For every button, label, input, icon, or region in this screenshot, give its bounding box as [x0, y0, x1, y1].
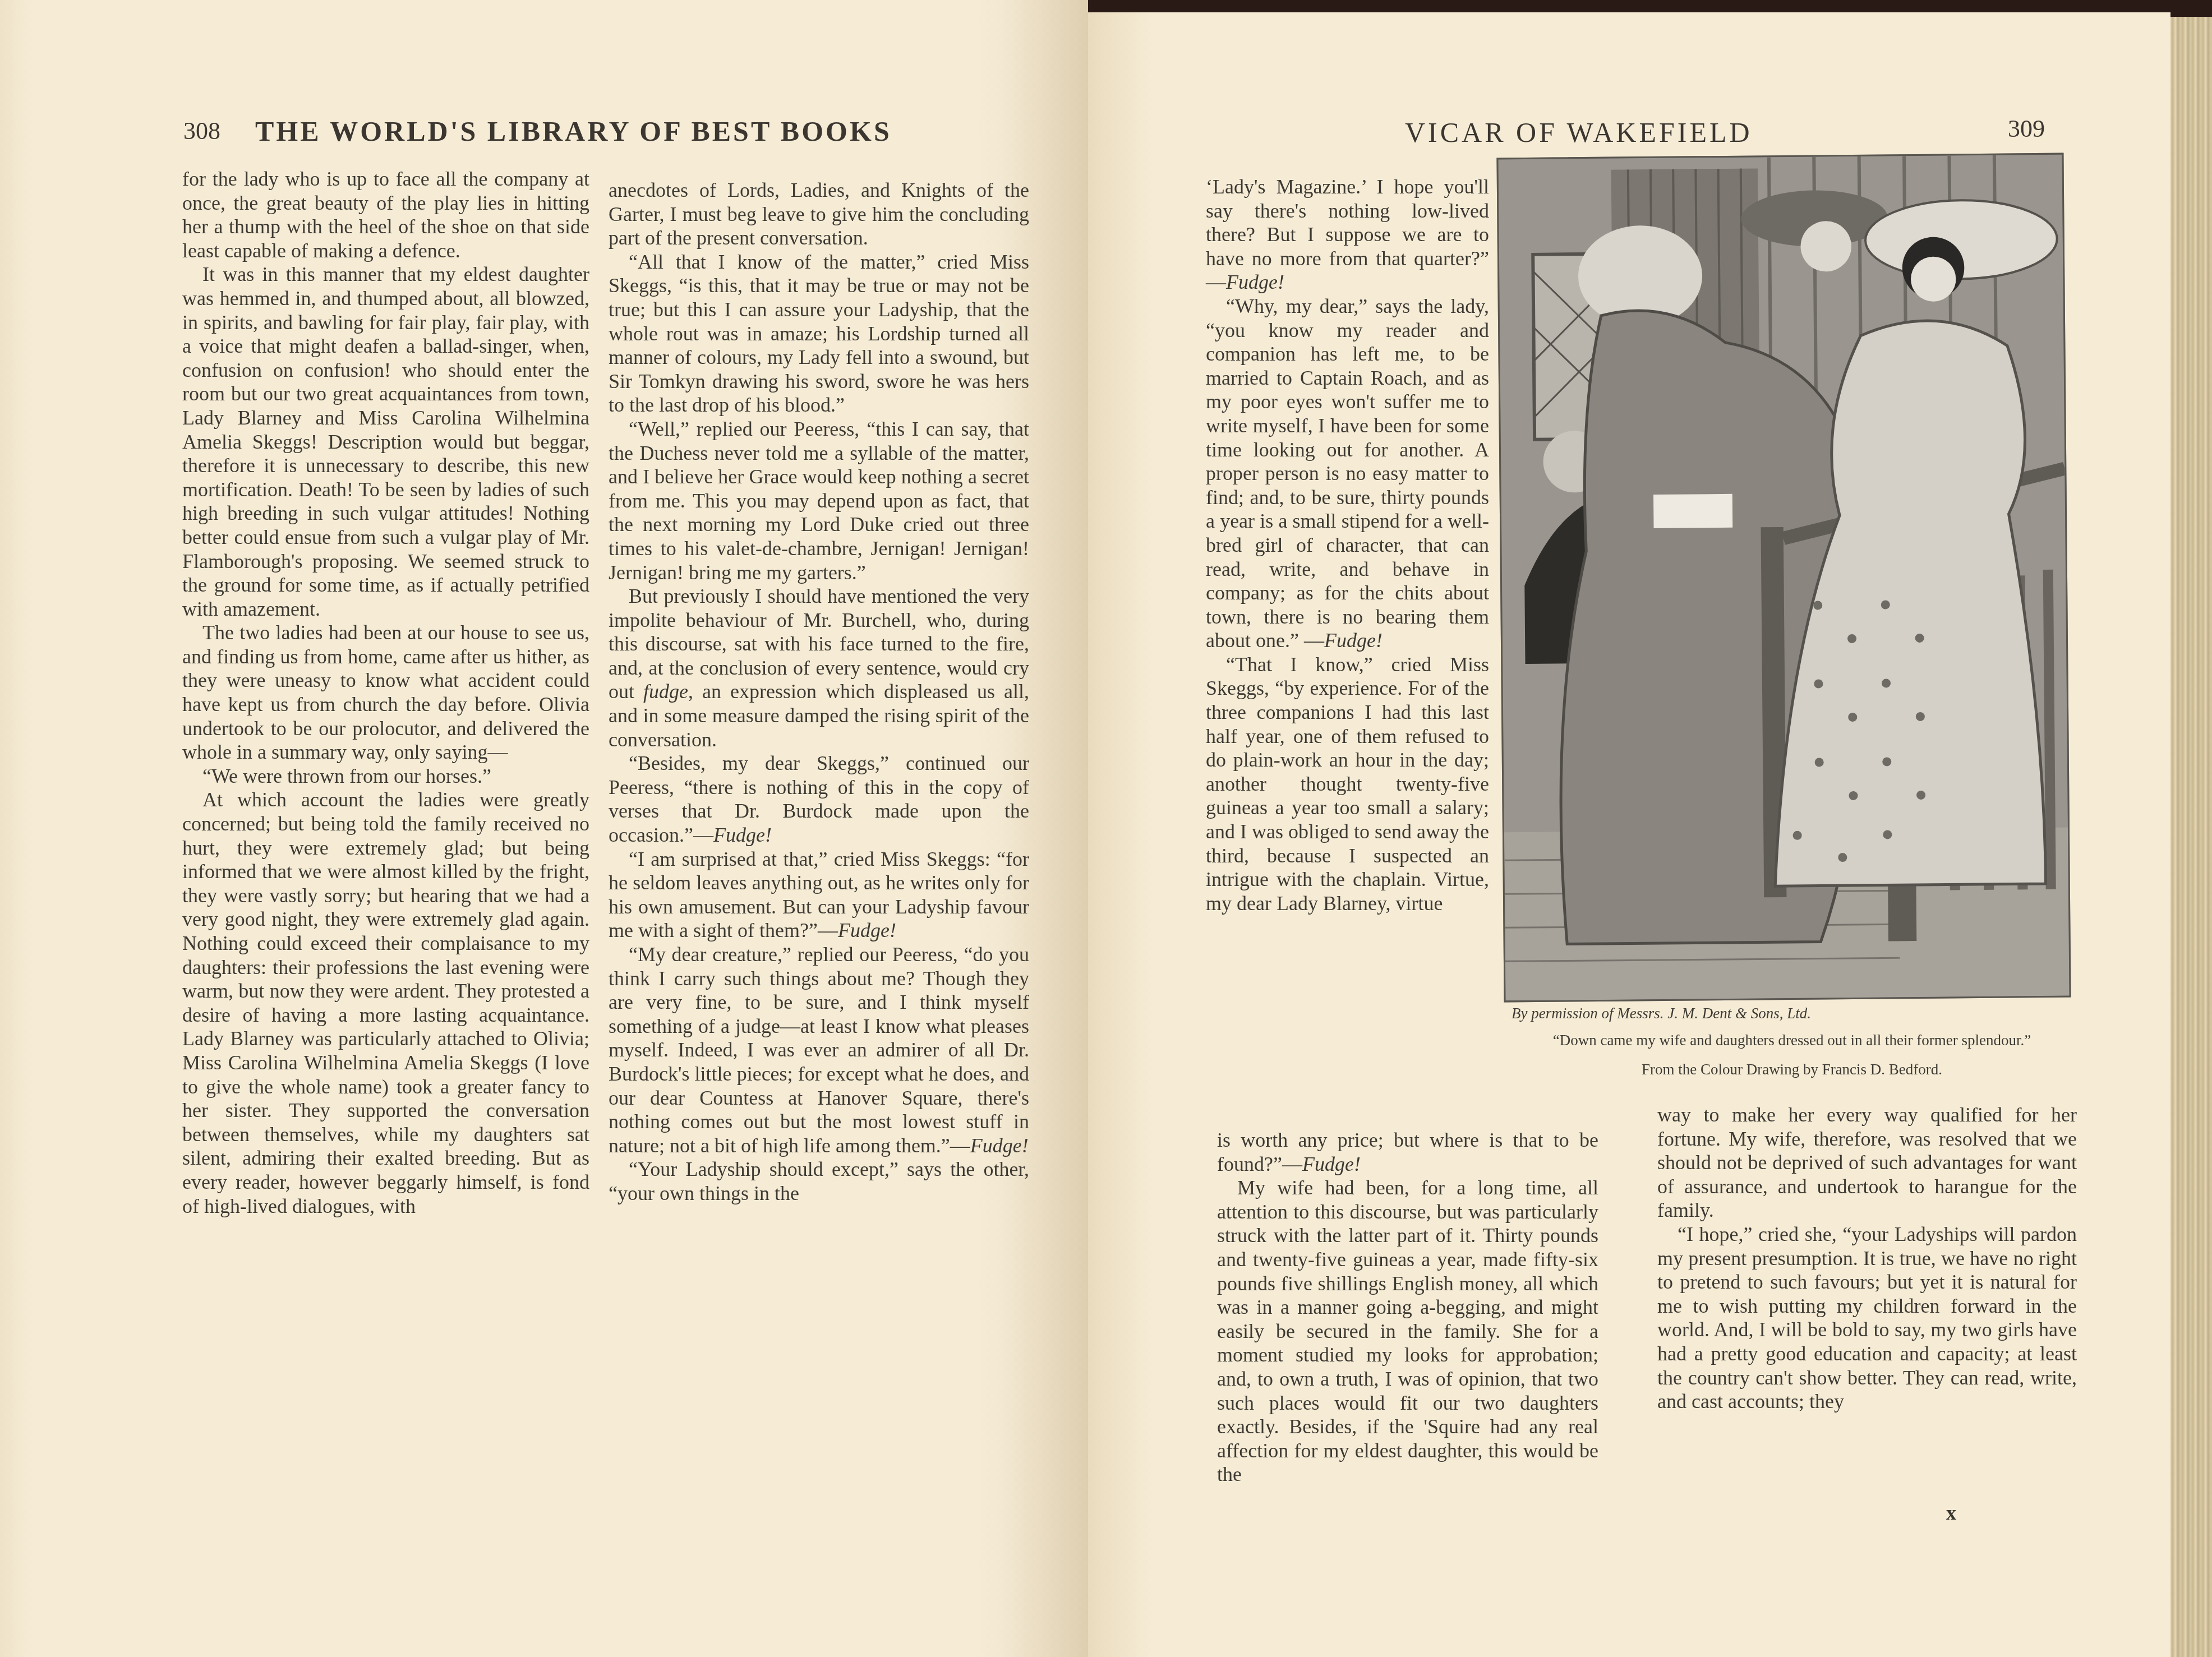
illustration-plate [1496, 153, 2071, 1003]
text-run: “My dear creature,” replied our Peeress,… [609, 943, 1029, 1157]
paragraph: It was in this manner that my eldest dau… [182, 262, 589, 621]
paragraph: “Why, my dear,” says the lady, “you know… [1206, 294, 1489, 653]
paragraph: for the lady who is up to face all the c… [182, 167, 589, 262]
illustration-drawing [1498, 155, 2069, 1001]
paragraph: ‘Lady's Magazine.’ I hope you'll say the… [1206, 175, 1489, 294]
illustration-credit: By permission of Messrs. J. M. Dent & So… [1511, 1005, 2072, 1022]
text-column-lower-left: is worth any price; but where is that to… [1217, 1128, 1598, 1487]
paragraph: “All that I know of the matter,” cried M… [609, 250, 1029, 417]
text-column-2: anecdotes of Lords, Ladies, and Knights … [609, 178, 1029, 1206]
text-column-beside-illustration: ‘Lady's Magazine.’ I hope you'll say the… [1206, 175, 1489, 915]
italic-text: Fudge! [1226, 271, 1284, 293]
illustration-caption: “Down came my wife and daughters dressed… [1511, 1032, 2072, 1049]
paragraph: “We were thrown from our horses.” [182, 764, 589, 788]
paragraph: way to make her every way qualified for … [1657, 1103, 2077, 1222]
paragraph: At which account the ladies were greatly… [182, 788, 589, 1218]
text-column-1: for the lady who is up to face all the c… [182, 167, 589, 1218]
running-head: THE WORLD'S LIBRARY OF BEST BOOKS [255, 115, 892, 147]
page-edges [2170, 17, 2212, 1657]
illustration-source: From the Colour Drawing by Francis D. Be… [1511, 1061, 2072, 1078]
italic-text: Fudge! [970, 1134, 1029, 1157]
italic-text: fudge [643, 680, 688, 703]
paragraph: “Your Ladyship should except,” says the … [609, 1157, 1029, 1205]
italic-text: Fudge! [713, 824, 772, 846]
italic-text: Fudge! [1302, 1153, 1361, 1175]
text-column-lower-right: way to make her every way qualified for … [1657, 1103, 2077, 1414]
paragraph: “I hope,” cried she, “your Ladyships wil… [1657, 1222, 2077, 1414]
paragraph: anecdotes of Lords, Ladies, and Knights … [609, 178, 1029, 250]
paragraph: My wife had been, for a long time, all a… [1217, 1176, 1598, 1487]
paragraph: “Besides, my dear Skeggs,” continued our… [609, 751, 1029, 847]
text-run: “I am surprised at that,” cried Miss Ske… [609, 848, 1029, 942]
paragraph: “My dear creature,” replied our Peeress,… [609, 943, 1029, 1157]
text-run: “Why, my dear,” says the lady, “you know… [1206, 295, 1489, 652]
text-run: “Besides, my dear Skeggs,” continued our… [609, 752, 1029, 846]
page-number: 308 [183, 117, 220, 145]
paragraph: “Well,” replied our Peeress, “this I can… [609, 417, 1029, 584]
right-page: VICAR OF WAKEFIELD 309 ‘Lady's Magazine.… [1088, 12, 2170, 1657]
italic-text: Fudge! [838, 919, 896, 941]
italic-text: Fudge! [1324, 629, 1382, 652]
paragraph: is worth any price; but where is that to… [1217, 1128, 1598, 1176]
paragraph: “I am surprised at that,” cried Miss Ske… [609, 847, 1029, 943]
text-run: is worth any price; but where is that to… [1217, 1129, 1598, 1175]
running-head: VICAR OF WAKEFIELD [1405, 116, 1753, 149]
paragraph: But previously I should have mentioned t… [609, 584, 1029, 751]
paragraph: “That I know,” cried Miss Skeggs, “by ex… [1206, 653, 1489, 916]
left-page: 308 THE WORLD'S LIBRARY OF BEST BOOKS fo… [0, 0, 1088, 1657]
signature-mark: x [1946, 1501, 1956, 1525]
paragraph: The two ladies had been at our house to … [182, 621, 589, 764]
page-number: 309 [2008, 114, 2045, 143]
